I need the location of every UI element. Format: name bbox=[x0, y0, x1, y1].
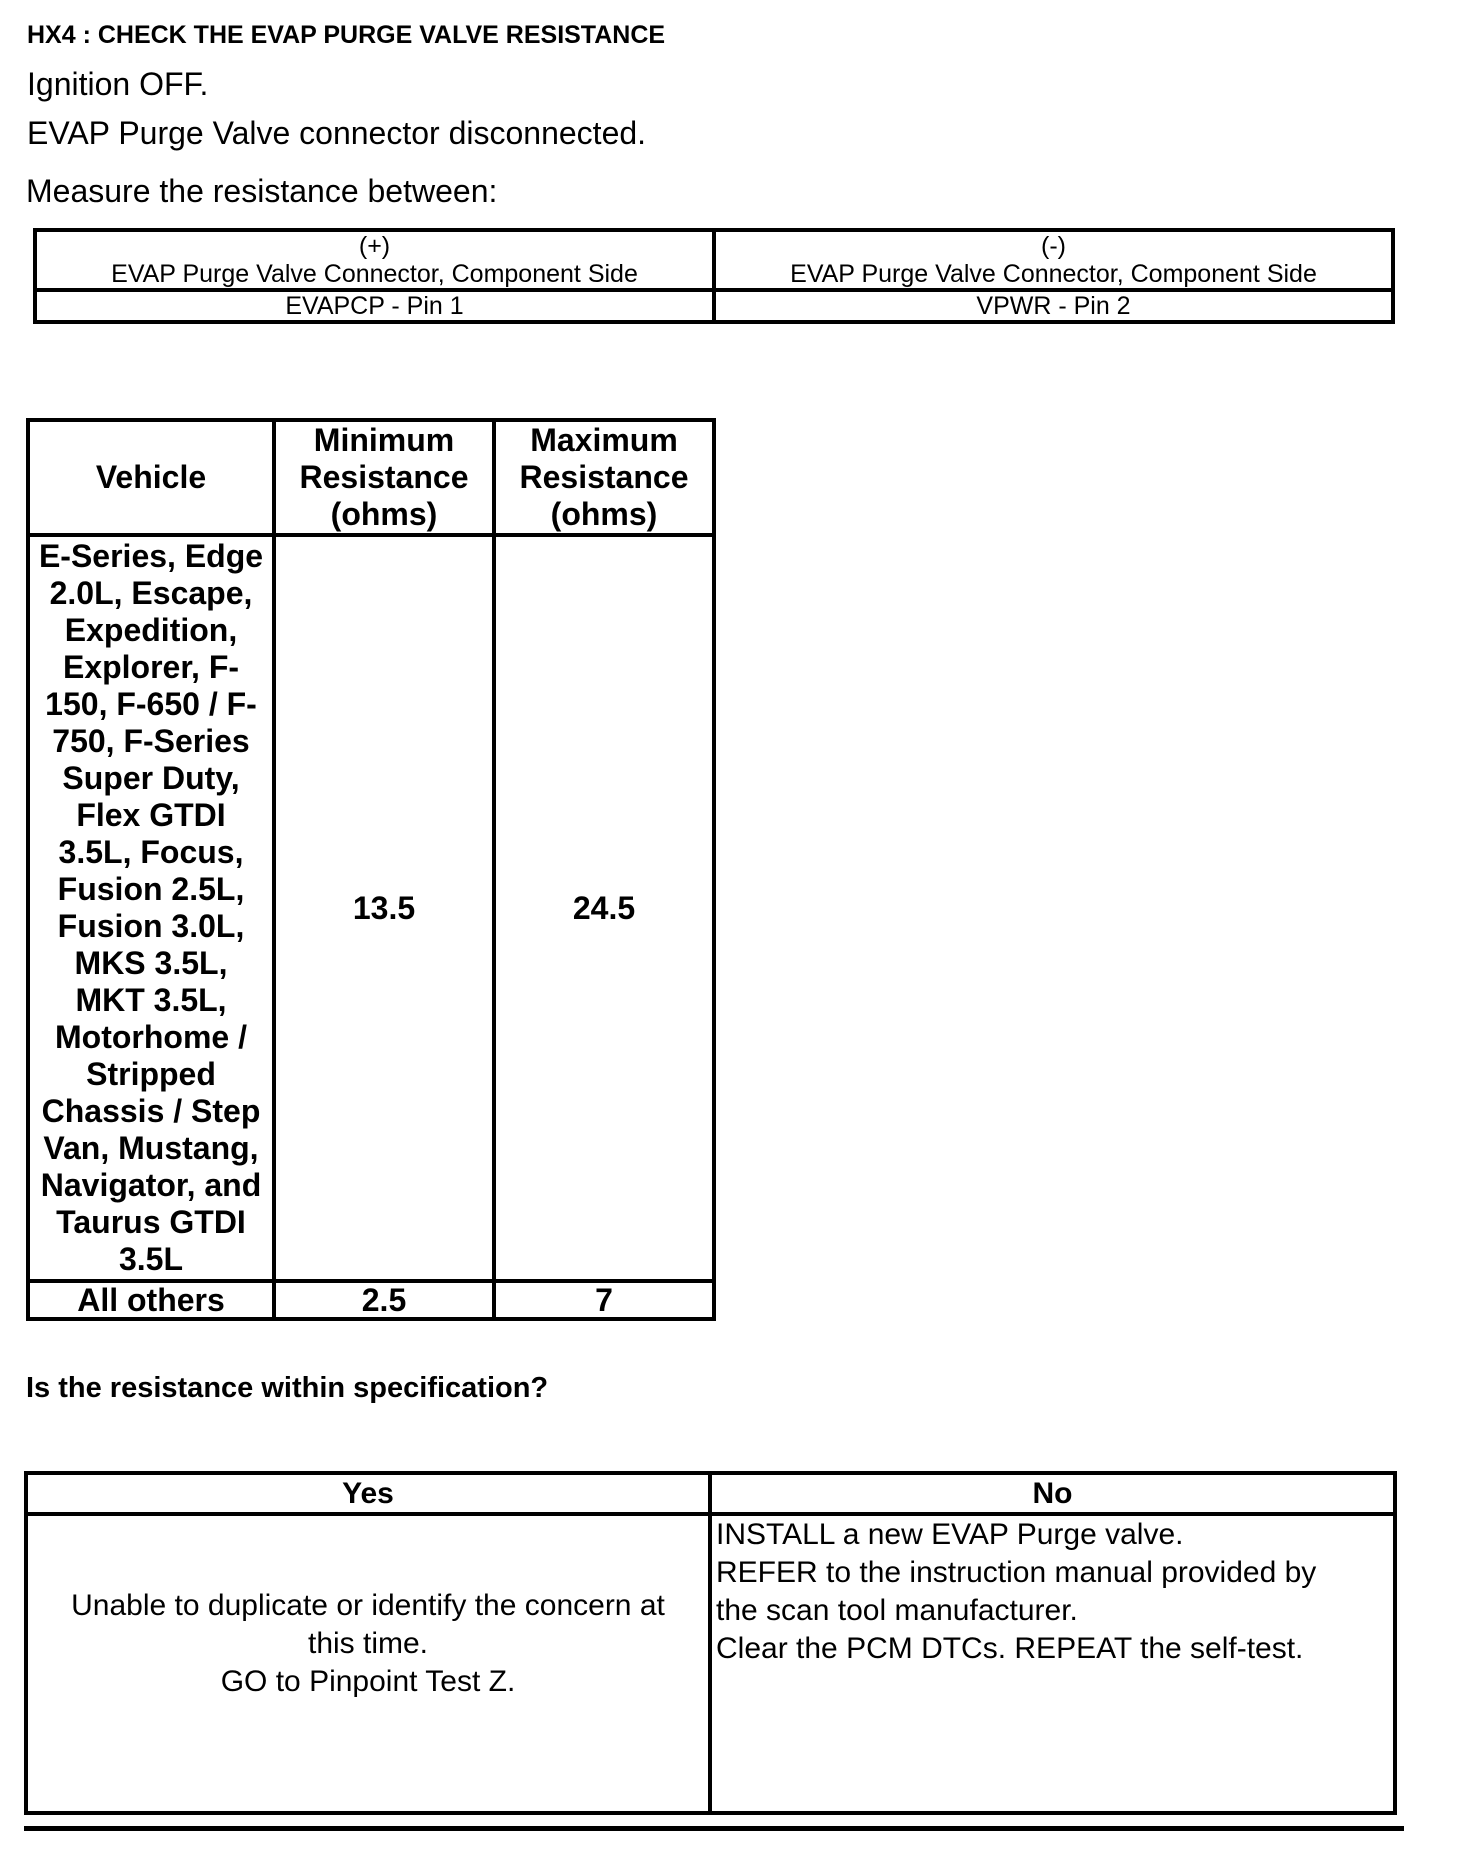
max-header-line: (ohms) bbox=[496, 496, 712, 533]
min-resistance-header: Minimum Resistance (ohms) bbox=[274, 420, 494, 535]
spec-question: Is the resistance within specification? bbox=[26, 1372, 548, 1405]
vehicle-column-header: Vehicle bbox=[28, 420, 274, 535]
negative-polarity: (-) bbox=[716, 232, 1391, 260]
vehicle-line: 2.0L, Escape, bbox=[30, 575, 272, 612]
test-step-title: HX4 : CHECK THE EVAP PURGE VALVE RESISTA… bbox=[27, 21, 665, 50]
no-action-line: INSTALL a new EVAP Purge valve. bbox=[716, 1516, 1389, 1554]
yes-action-line: GO to Pinpoint Test Z. bbox=[28, 1663, 708, 1701]
connector-pin-table: (+) EVAP Purge Valve Connector, Componen… bbox=[33, 228, 1395, 324]
positive-lead-header: (+) EVAP Purge Valve Connector, Componen… bbox=[35, 230, 714, 290]
no-action-line: the scan tool manufacturer. bbox=[716, 1592, 1389, 1630]
yes-action-cell: Unable to duplicate or identify the conc… bbox=[26, 1514, 710, 1813]
vehicle-line: Motorhome / bbox=[30, 1019, 272, 1056]
instruction-disconnect: EVAP Purge Valve connector disconnected. bbox=[27, 115, 646, 152]
vehicle-line: Fusion 3.0L, bbox=[30, 908, 272, 945]
min-header-line: (ohms) bbox=[276, 496, 492, 533]
table-row: E-Series, Edge2.0L, Escape,Expedition,Ex… bbox=[28, 535, 714, 1281]
vehicle-line: Van, Mustang, bbox=[30, 1130, 272, 1167]
no-action-cell: INSTALL a new EVAP Purge valve. REFER to… bbox=[710, 1514, 1395, 1813]
yes-action-line: Unable to duplicate or identify the conc… bbox=[28, 1587, 708, 1625]
max-resistance-value: 24.5 bbox=[494, 535, 714, 1281]
max-resistance-header: Maximum Resistance (ohms) bbox=[494, 420, 714, 535]
vehicle-line: MKT 3.5L, bbox=[30, 982, 272, 1019]
no-header: No bbox=[710, 1473, 1395, 1514]
positive-polarity: (+) bbox=[37, 232, 712, 260]
vehicle-line: Flex GTDI bbox=[30, 797, 272, 834]
vehicle-line: 3.5L bbox=[30, 1241, 272, 1278]
decision-table: Yes No Unable to duplicate or identify t… bbox=[24, 1471, 1397, 1815]
vehicle-line: Taurus GTDI bbox=[30, 1204, 272, 1241]
vehicle-line: Fusion 2.5L, bbox=[30, 871, 272, 908]
vehicle-line: Stripped bbox=[30, 1056, 272, 1093]
min-resistance-value: 13.5 bbox=[274, 535, 494, 1281]
vehicle-line: Expedition, bbox=[30, 612, 272, 649]
vehicle-line: 750, F-Series bbox=[30, 723, 272, 760]
positive-location: EVAP Purge Valve Connector, Component Si… bbox=[37, 260, 712, 288]
min-resistance-value: 2.5 bbox=[274, 1281, 494, 1319]
vehicle-line: E-Series, Edge bbox=[30, 538, 272, 575]
section-divider bbox=[24, 1826, 1404, 1831]
yes-action-line: this time. bbox=[28, 1625, 708, 1663]
table-row: All others 2.5 7 bbox=[28, 1281, 714, 1319]
instruction-ignition: Ignition OFF. bbox=[27, 66, 208, 103]
instruction-measure: Measure the resistance between: bbox=[26, 173, 497, 210]
yes-header: Yes bbox=[26, 1473, 710, 1514]
min-header-line: Minimum bbox=[276, 422, 492, 459]
vehicle-line: 3.5L, Focus, bbox=[30, 834, 272, 871]
max-header-line: Maximum bbox=[496, 422, 712, 459]
no-action-line: Clear the PCM DTCs. REPEAT the self-test… bbox=[716, 1630, 1389, 1668]
vehicle-list-cell: E-Series, Edge2.0L, Escape,Expedition,Ex… bbox=[28, 535, 274, 1281]
vehicle-cell: All others bbox=[28, 1281, 274, 1319]
max-header-line: Resistance bbox=[496, 459, 712, 496]
negative-lead-header: (-) EVAP Purge Valve Connector, Componen… bbox=[714, 230, 1393, 290]
vehicle-line: Explorer, F- bbox=[30, 649, 272, 686]
vehicle-line: Chassis / Step bbox=[30, 1093, 272, 1130]
negative-location: EVAP Purge Valve Connector, Component Si… bbox=[716, 260, 1391, 288]
max-resistance-value: 7 bbox=[494, 1281, 714, 1319]
min-header-line: Resistance bbox=[276, 459, 492, 496]
vehicle-line: Navigator, and bbox=[30, 1167, 272, 1204]
positive-pin: EVAPCP - Pin 1 bbox=[35, 290, 714, 322]
vehicle-line: 150, F-650 / F- bbox=[30, 686, 272, 723]
no-action-line: REFER to the instruction manual provided… bbox=[716, 1554, 1389, 1592]
negative-pin: VPWR - Pin 2 bbox=[714, 290, 1393, 322]
vehicle-line: Super Duty, bbox=[30, 760, 272, 797]
resistance-spec-table: Vehicle Minimum Resistance (ohms) Maximu… bbox=[26, 418, 716, 1321]
vehicle-line: MKS 3.5L, bbox=[30, 945, 272, 982]
